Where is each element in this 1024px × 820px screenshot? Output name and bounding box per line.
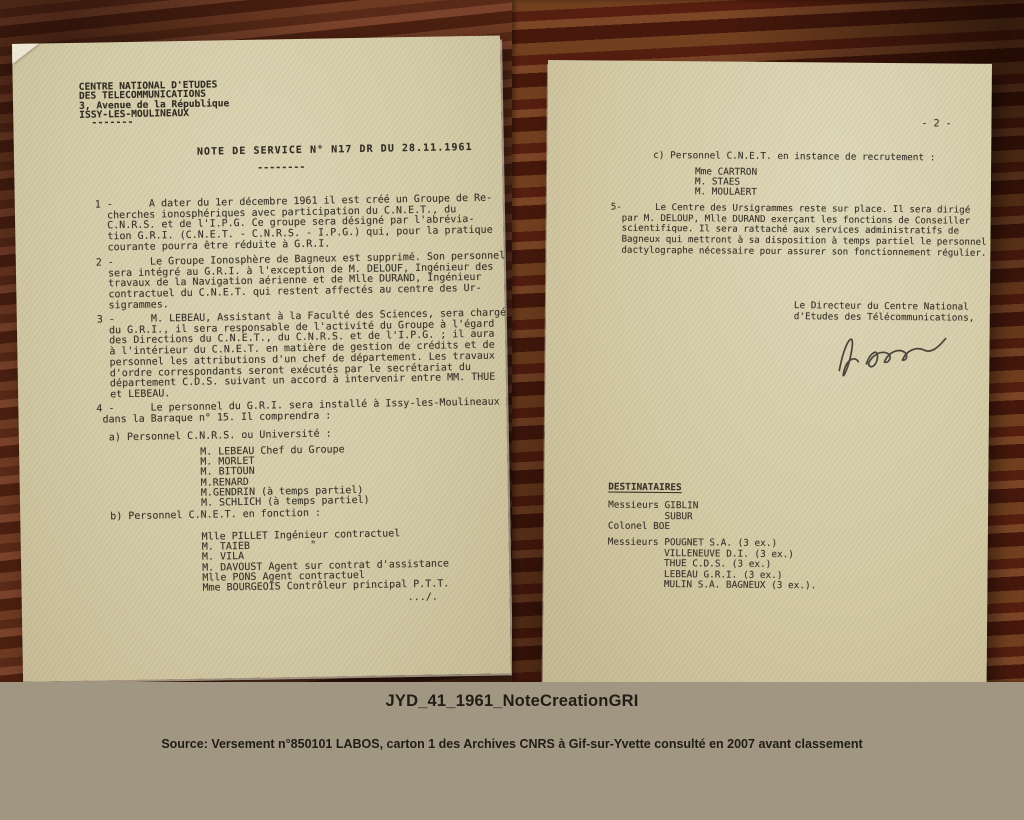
paragraph-5: 5- Le Centre des Ursigrammes reste sur p… (610, 203, 987, 260)
personnel-list-c: Mme CARTRON M. STAES M. MOULAERT (695, 167, 757, 198)
section-c-heading: c) Personnel C.N.E.T. en instance de rec… (653, 151, 935, 164)
destinataires-list-2: Messieurs POUGNET S.A. (3 ex.) VILLENEUV… (607, 538, 816, 593)
handwritten-signature (831, 324, 967, 383)
sender-underline: ------- (91, 118, 133, 129)
document-page-1: CENTRE NATIONAL D'ETUDES DES TELECOMMUNI… (12, 35, 511, 681)
caption-source: Source: Versement n°850101 LABOS, carton… (0, 737, 1024, 751)
section-a-heading: a) Personnel C.N.R.S. ou Université : (109, 429, 332, 444)
closing-block: Le Directeur du Centre National d'Etudes… (794, 300, 975, 324)
sender-address: CENTRE NATIONAL D'ETUDES DES TELECOMMUNI… (79, 80, 230, 120)
caption-band: JYD_41_1961_NoteCreationGRI Source: Vers… (0, 682, 1024, 820)
continuation-mark: .../. (408, 593, 438, 604)
page-number: - 2 - (921, 119, 951, 130)
personnel-list-b: Mlle PILLET Ingénieur contractuel M. TAI… (202, 528, 450, 594)
photo-right: - 2 - c) Personnel C.N.E.T. en instance … (512, 0, 1024, 682)
paragraph-4: 4 - Le personnel du G.R.I. sera installé… (96, 398, 500, 426)
photo-left: CENTRE NATIONAL D'ETUDES DES TELECOMMUNI… (0, 0, 512, 682)
folded-corner (12, 44, 39, 64)
note-title: NOTE DE SERVICE N° N17 DR DU 28.11.1961 (197, 143, 473, 159)
archive-photo-collage: CENTRE NATIONAL D'ETUDES DES TELECOMMUNI… (0, 0, 1024, 820)
paragraph-3: 3 - M. LEBEAU, Assistant à la Faculté de… (97, 308, 508, 401)
destinataires-list-1: Messieurs GIBLIN SUBUR Colonel BOE (608, 501, 699, 534)
paragraph-2: 2 - Le Groupe Ionosphère de Bagneux est … (96, 251, 506, 312)
paragraph-1: 1 - A dater du 1er décembre 1961 il est … (95, 194, 493, 254)
destinataires-heading: DESTINATAIRES (608, 483, 681, 494)
personnel-list-a: M. LEBEAU Chef du Groupe M. MORLET M. BI… (200, 445, 370, 509)
note-title-underline: -------- (257, 163, 305, 175)
document-page-2: - 2 - c) Personnel C.N.E.T. en instance … (543, 60, 992, 682)
section-b-heading: b) Personnel C.N.E.T. en fonction : (110, 509, 321, 523)
caption-title: JYD_41_1961_NoteCreationGRI (0, 682, 1024, 711)
